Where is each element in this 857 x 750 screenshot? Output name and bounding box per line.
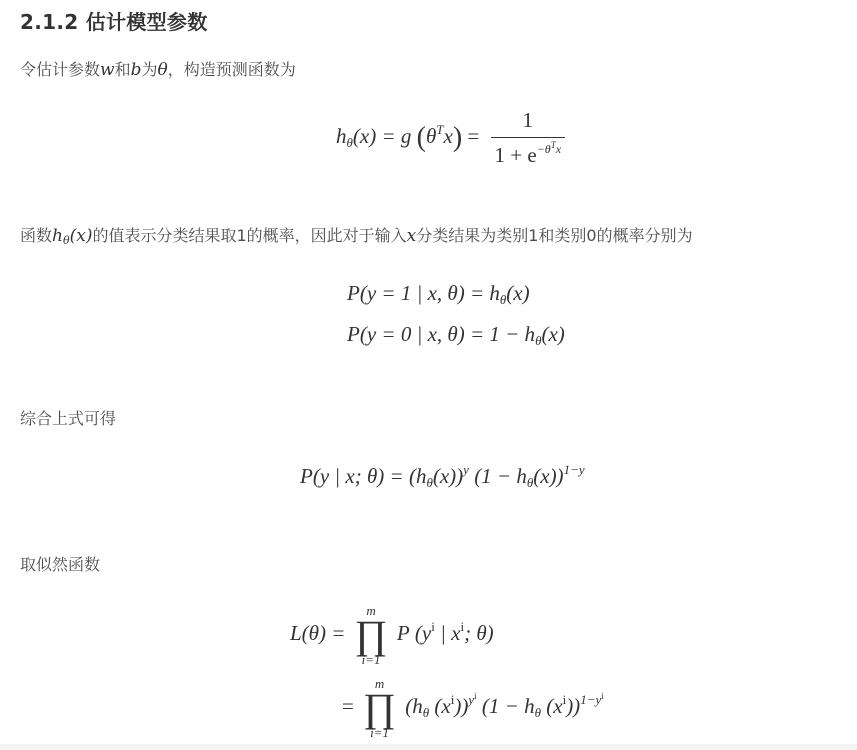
math-var-w: w (100, 60, 115, 80)
product-operator: m ∏ i=1 (363, 677, 396, 739)
paragraph-likelihood: 取似然函数 (20, 553, 100, 577)
bottom-edge (0, 744, 857, 750)
equation-likelihood-line2: = m ∏ i=1 (hθ (xi))yi (1 − hθ (xi))1−yi (342, 677, 604, 739)
math-var-x: x (407, 226, 417, 246)
text: ，构造预测函数为 (168, 60, 296, 79)
text: 和 (115, 60, 131, 79)
equation-line-class1: P(y = 1 | x, θ) = hθ(x) (347, 276, 565, 317)
text: 的值表示分类结果取1的概率，因此对于输入 (92, 226, 406, 245)
text: 令估计参数 (20, 60, 100, 79)
equation-class-probabilities: P(y = 1 | x, θ) = hθ(x) P(y = 0 | x, θ) … (347, 276, 565, 358)
paragraph-probability-meaning: 函数hθ(x)的值表示分类结果取1的概率，因此对于输入x分类结果为类别1和类别0… (20, 224, 693, 253)
equation-line-class0: P(y = 0 | x, θ) = 1 − hθ(x) (347, 317, 565, 358)
math-func-arg: (x) (70, 226, 93, 246)
paragraph-intro: 令估计参数w和b为θ，构造预测函数为 (20, 58, 296, 82)
equation-hypothesis: hθ(x) = g (θTx) = 1 1 + e−θTx (336, 108, 565, 168)
text: 分类结果为类别1和类别0的概率分别为 (416, 226, 692, 245)
fraction-sigmoid: 1 1 + e−θTx (491, 108, 566, 168)
math-var-b: b (131, 60, 142, 80)
text: 为 (141, 60, 157, 79)
math-func-h: h (52, 226, 63, 246)
section-heading: 2.1.2 估计模型参数 (20, 6, 208, 35)
product-operator: m ∏ i=1 (355, 604, 388, 666)
equation-likelihood-line1: L(θ) = m ∏ i=1 P (yi | xi; θ) (290, 604, 494, 666)
paragraph-combined: 综合上式可得 (20, 407, 116, 431)
math-var-theta: θ (158, 60, 168, 80)
math-sub-theta: θ (63, 234, 70, 247)
equation-combined: P(y | x; θ) = (hθ(x))y (1 − hθ(x))1−y (300, 462, 585, 491)
text: 函数 (20, 226, 52, 245)
article-content: 2.1.2 估计模型参数 令估计参数w和b为θ，构造预测函数为 hθ(x) = … (0, 0, 857, 750)
